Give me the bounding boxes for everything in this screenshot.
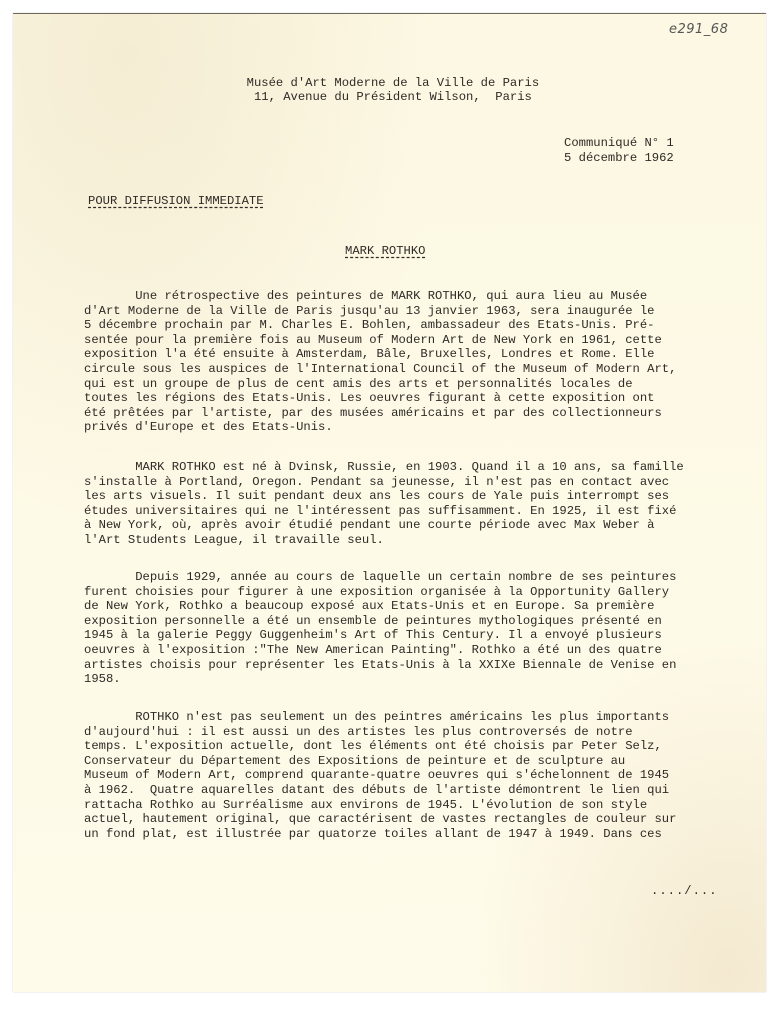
continuation-mark: ..../... [651, 884, 718, 899]
letterhead-line2: 11, Avenue du Président Wilson, Paris [247, 90, 532, 104]
text-line: ROTHKO n'est pas seulement un des peintr… [84, 710, 724, 725]
text-line: 1958. [84, 672, 724, 687]
text-line: Depuis 1929, année au cours de laquelle … [84, 570, 724, 585]
text-line: exposition l'a été ensuite à Amsterdam, … [84, 347, 724, 362]
archive-mark: e291_68 [669, 22, 728, 37]
text-line: 5 décembre prochain par M. Charles E. Bo… [84, 318, 724, 333]
paragraph-1: Une rétrospective des peintures de MARK … [84, 289, 724, 435]
text-line: études universitaires qui ne l'intéresse… [84, 504, 724, 519]
text-line: circule sous les auspices de l'Internati… [84, 362, 724, 377]
text-line: privés d'Europe et des Etats-Unis. [84, 420, 724, 435]
text-line: à 1962. Quatre aquarelles datant des déb… [84, 783, 724, 798]
text-line: d'aujourd'hui : il est aussi un des arti… [84, 725, 724, 740]
text-line: temps. L'exposition actuelle, dont les é… [84, 739, 724, 754]
text-line: Museum of Modern Art, comprend quarante-… [84, 768, 724, 783]
text-line: d'Art Moderne de la Ville de Paris jusqu… [84, 304, 724, 319]
text-line: oeuvres à l'exposition :"The New America… [84, 643, 724, 658]
paragraph-4: ROTHKO n'est pas seulement un des peintr… [84, 710, 724, 841]
paragraph-2: MARK ROTHKO est né à Dvinsk, Russie, en … [84, 460, 724, 548]
text-line: l'Art Students League, il travaille seul… [84, 533, 724, 548]
text-line: actuel, hautement original, que caractér… [84, 812, 724, 827]
text-line: qui est un groupe de plus de cent amis d… [84, 377, 724, 392]
text-line: sentée pour la première fois au Museum o… [84, 333, 724, 348]
text-line: à New York, où, après avoir étudié penda… [84, 518, 724, 533]
text-line: Conservateur du Département des Expositi… [84, 754, 724, 769]
paragraph-3: Depuis 1929, année au cours de laquelle … [84, 570, 724, 687]
text-line: Une rétrospective des peintures de MARK … [84, 289, 724, 304]
text-line: artistes choisis pour représenter les Et… [84, 658, 724, 673]
text-line: de New York, Rothko a beaucoup exposé au… [84, 599, 724, 614]
communique-number: Communiqué N° 1 [564, 136, 674, 151]
text-line: toutes les régions des Etats-Unis. Les o… [84, 391, 724, 406]
text-line: les arts visuels. Il suit pendant deux a… [84, 489, 724, 504]
text-line: furent choisies pour figurer à une expos… [84, 585, 724, 600]
text-line: MARK ROTHKO est né à Dvinsk, Russie, en … [84, 460, 724, 475]
text-line: exposition personnelle a été un ensemble… [84, 614, 724, 629]
release-note: POUR DIFFUSION IMMEDIATE [88, 194, 264, 209]
text-line: 1945 à la galerie Peggy Guggenheim's Art… [84, 628, 724, 643]
letterhead-address: 11, Avenue du Président Wilson, Paris [232, 75, 532, 104]
text-line: un fond plat, est illustrée par quatorze… [84, 827, 724, 842]
document-title: MARK ROTHKO [345, 244, 425, 259]
text-line: s'installe à Portland, Oregon. Pendant s… [84, 475, 724, 490]
communique-date: 5 décembre 1962 [564, 151, 674, 166]
text-line: été prêtées par l'artiste, par des musée… [84, 406, 724, 421]
text-line: rattacha Rothko au Surréalisme aux envir… [84, 798, 724, 813]
